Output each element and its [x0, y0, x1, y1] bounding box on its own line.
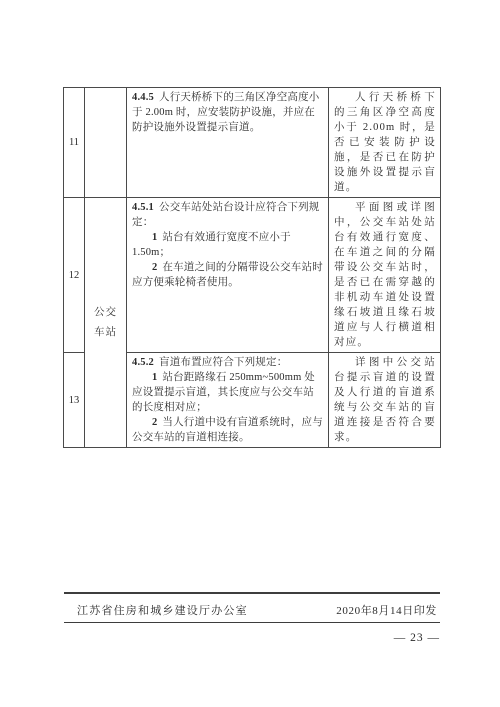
- clause-paragraph: 4.5.2盲道布置应符合下列规定：: [132, 355, 324, 370]
- accessibility-inspection-table: 11 4.4.5人行天桥桥下的三角区净空高度小于 2.00m 时，应安装防护设施…: [63, 87, 441, 448]
- clause-subparagraph: 2当人行道中设有盲道系统时，应与公交车站的盲道相连接。: [132, 415, 324, 445]
- check-text: 详图中公交站台提示盲道的设置及人行道的盲道系统与公交车站的盲道连接是否符合要求。: [334, 355, 436, 445]
- footer-bottom-rule: [64, 622, 440, 623]
- footer-issuer: 江苏省住房和城乡建设厅办公室: [77, 602, 248, 618]
- category-cell-empty: [85, 88, 127, 198]
- clause-subparagraph: 2在车道之间的分隔带设公交车站时应方便乘轮椅者使用。: [132, 260, 324, 290]
- footer-top-rule: [64, 592, 440, 594]
- page-number: — 23 —: [394, 632, 440, 644]
- table-row-12: 12 公交车站 4.5.1公交车站处站台设计应符合下列规定： 1站台有效通行宽度…: [64, 198, 441, 353]
- subitem-text: 站台距路缘石 250mm~500mm 处应设置提示盲道，其长度应与公交车站的长度…: [132, 372, 315, 413]
- clause-text: 公交车站处站台设计应符合下列规定：: [132, 202, 320, 228]
- footer-print-date: 2020年8月14日印发: [336, 602, 437, 618]
- clause-paragraph: 4.4.5人行天桥桥下的三角区净空高度小于 2.00m 时，应安装防护设施，并应…: [132, 90, 324, 135]
- table-row-11: 11 4.4.5人行天桥桥下的三角区净空高度小于 2.00m 时，应安装防护设施…: [64, 88, 441, 198]
- clause-paragraph: 4.5.1公交车站处站台设计应符合下列规定：: [132, 200, 324, 230]
- subitem-number: 1: [152, 372, 157, 383]
- clause-number: 4.5.2: [132, 357, 154, 368]
- clause-text: 人行天桥桥下的三角区净空高度小于 2.00m 时，应安装防护设施，并应在防护设施…: [132, 92, 320, 133]
- check-cell: 详图中公交站台提示盲道的设置及人行道的盲道系统与公交车站的盲道连接是否符合要求。: [329, 353, 441, 448]
- clause-subparagraph: 1站台有效通行宽度不应小于 1.50m；: [132, 230, 324, 260]
- subitem-text: 当人行道中设有盲道系统时，应与公交车站的盲道相连接。: [132, 417, 323, 443]
- subitem-number: 2: [152, 417, 157, 428]
- check-cell: 人行天桥桥下的三角区净空高度小于 2.00m 时，是否已安装防护设施，是否已在防…: [329, 88, 441, 198]
- clause-cell: 4.5.2盲道布置应符合下列规定： 1站台距路缘石 250mm~500mm 处应…: [127, 353, 329, 448]
- subitem-text: 在车道之间的分隔带设公交车站时应方便乘轮椅者使用。: [132, 262, 323, 288]
- row-number: 11: [64, 88, 85, 198]
- row-number: 12: [64, 198, 85, 353]
- clause-cell: 4.4.5人行天桥桥下的三角区净空高度小于 2.00m 时，应安装防护设施，并应…: [127, 88, 329, 198]
- clause-number: 4.4.5: [132, 92, 154, 103]
- check-cell: 平面图或详图中，公交车站处站台有效通行宽度、在车道之间的分隔带设公交车站时，是否…: [329, 198, 441, 353]
- clause-number: 4.5.1: [132, 202, 154, 213]
- check-text: 平面图或详图中，公交车站处站台有效通行宽度、在车道之间的分隔带设公交车站时，是否…: [334, 200, 436, 350]
- subitem-number: 1: [152, 232, 157, 243]
- clause-cell: 4.5.1公交车站处站台设计应符合下列规定： 1站台有效通行宽度不应小于 1.5…: [127, 198, 329, 353]
- row-number: 13: [64, 353, 85, 448]
- clause-subparagraph: 1站台距路缘石 250mm~500mm 处应设置提示盲道，其长度应与公交车站的长…: [132, 370, 324, 415]
- clause-text: 盲道布置应符合下列规定：: [159, 357, 287, 368]
- check-text: 人行天桥桥下的三角区净空高度小于 2.00m 时，是否已安装防护设施，是否已在防…: [334, 90, 436, 195]
- subitem-number: 2: [152, 262, 157, 273]
- category-cell-bus-stop: 公交车站: [85, 198, 127, 448]
